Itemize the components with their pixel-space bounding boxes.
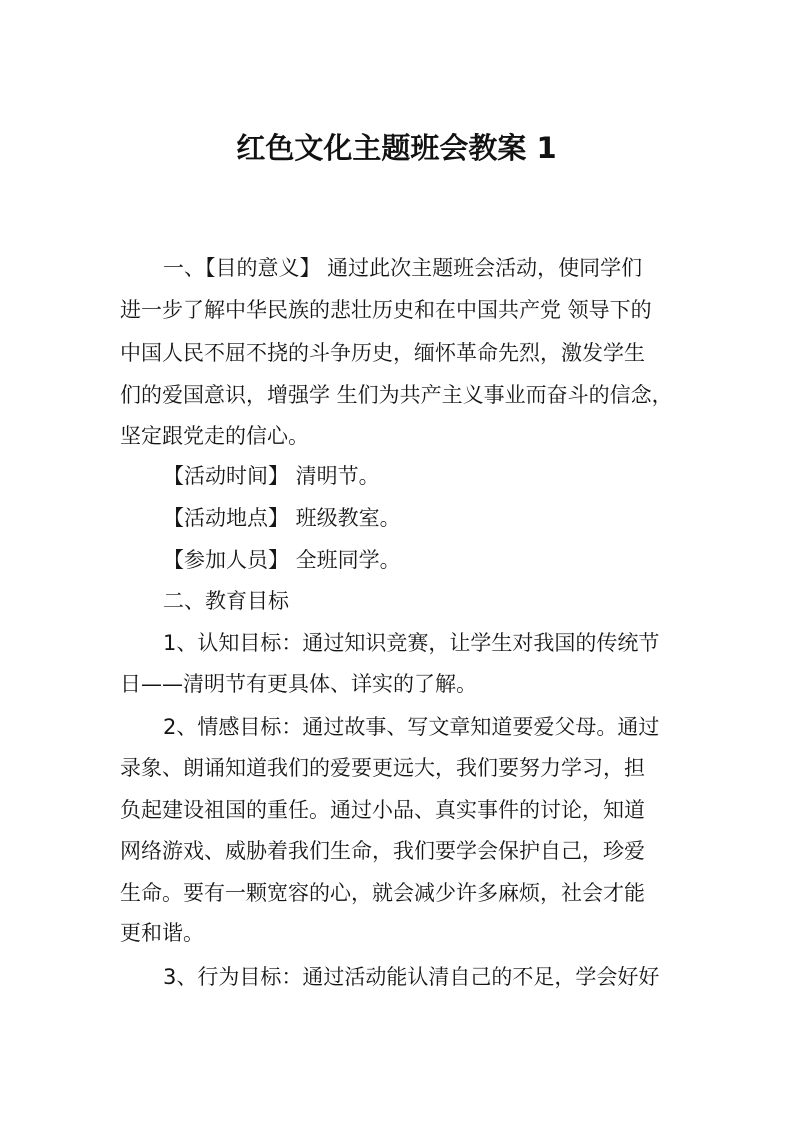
paragraph-line: 日——清明节有更具体、详实的了解。 [120, 669, 477, 699]
activity-location-line: 【活动地点】 班级教室。 [163, 503, 401, 533]
paragraph-line: 更和谐。 [120, 918, 204, 948]
participants-line: 【参加人员】 全班同学。 [163, 545, 401, 575]
paragraph-line: 3、行为目标：通过活动能认清自己的不足，学会好好 [163, 962, 659, 992]
activity-time-line: 【活动时间】 清明节。 [163, 461, 380, 491]
paragraph-line: 生命。要有一颗宽容的心，就会减少许多麻烦，社会才能 [120, 878, 645, 908]
paragraph-line: 网络游戏、威胁着我们生命，我们要学会保护自己，珍爱 [120, 836, 645, 866]
paragraph-line: 2、情感目标：通过故事、写文章知道要爱父母。通过 [163, 712, 659, 742]
paragraph-line: 录象、朗诵知道我们的爱要更远大，我们要努力学习，担 [120, 753, 645, 783]
page-title: 红色文化主题班会教案 1 [0, 128, 793, 168]
paragraph-line: 中国人民不屈不挠的斗争历史，缅怀革命先烈，激发学生 [120, 338, 645, 368]
paragraph-line: 负起建设祖国的重任。通过小品、真实事件的讨论，知道 [120, 795, 645, 825]
document-page: 红色文化主题班会教案 1 一、【目的意义】 通过此次主题班会活动，使同学们 进一… [0, 0, 793, 1122]
paragraph-line: 进一步了解中华民族的悲壮历史和在中国共产党 领导下的 [120, 295, 652, 325]
paragraph-line: 们的爱国意识，增强学 生们为共产主义事业而奋斗的信念， [120, 380, 673, 410]
section-heading: 二、教育目标 [163, 586, 289, 616]
paragraph-line: 1、认知目标：通过知识竞赛，让学生对我国的传统节 [163, 628, 659, 658]
paragraph-line: 一、【目的意义】 通过此次主题班会活动，使同学们 [163, 253, 642, 283]
paragraph-line: 坚定跟党走的信心。 [120, 421, 309, 451]
